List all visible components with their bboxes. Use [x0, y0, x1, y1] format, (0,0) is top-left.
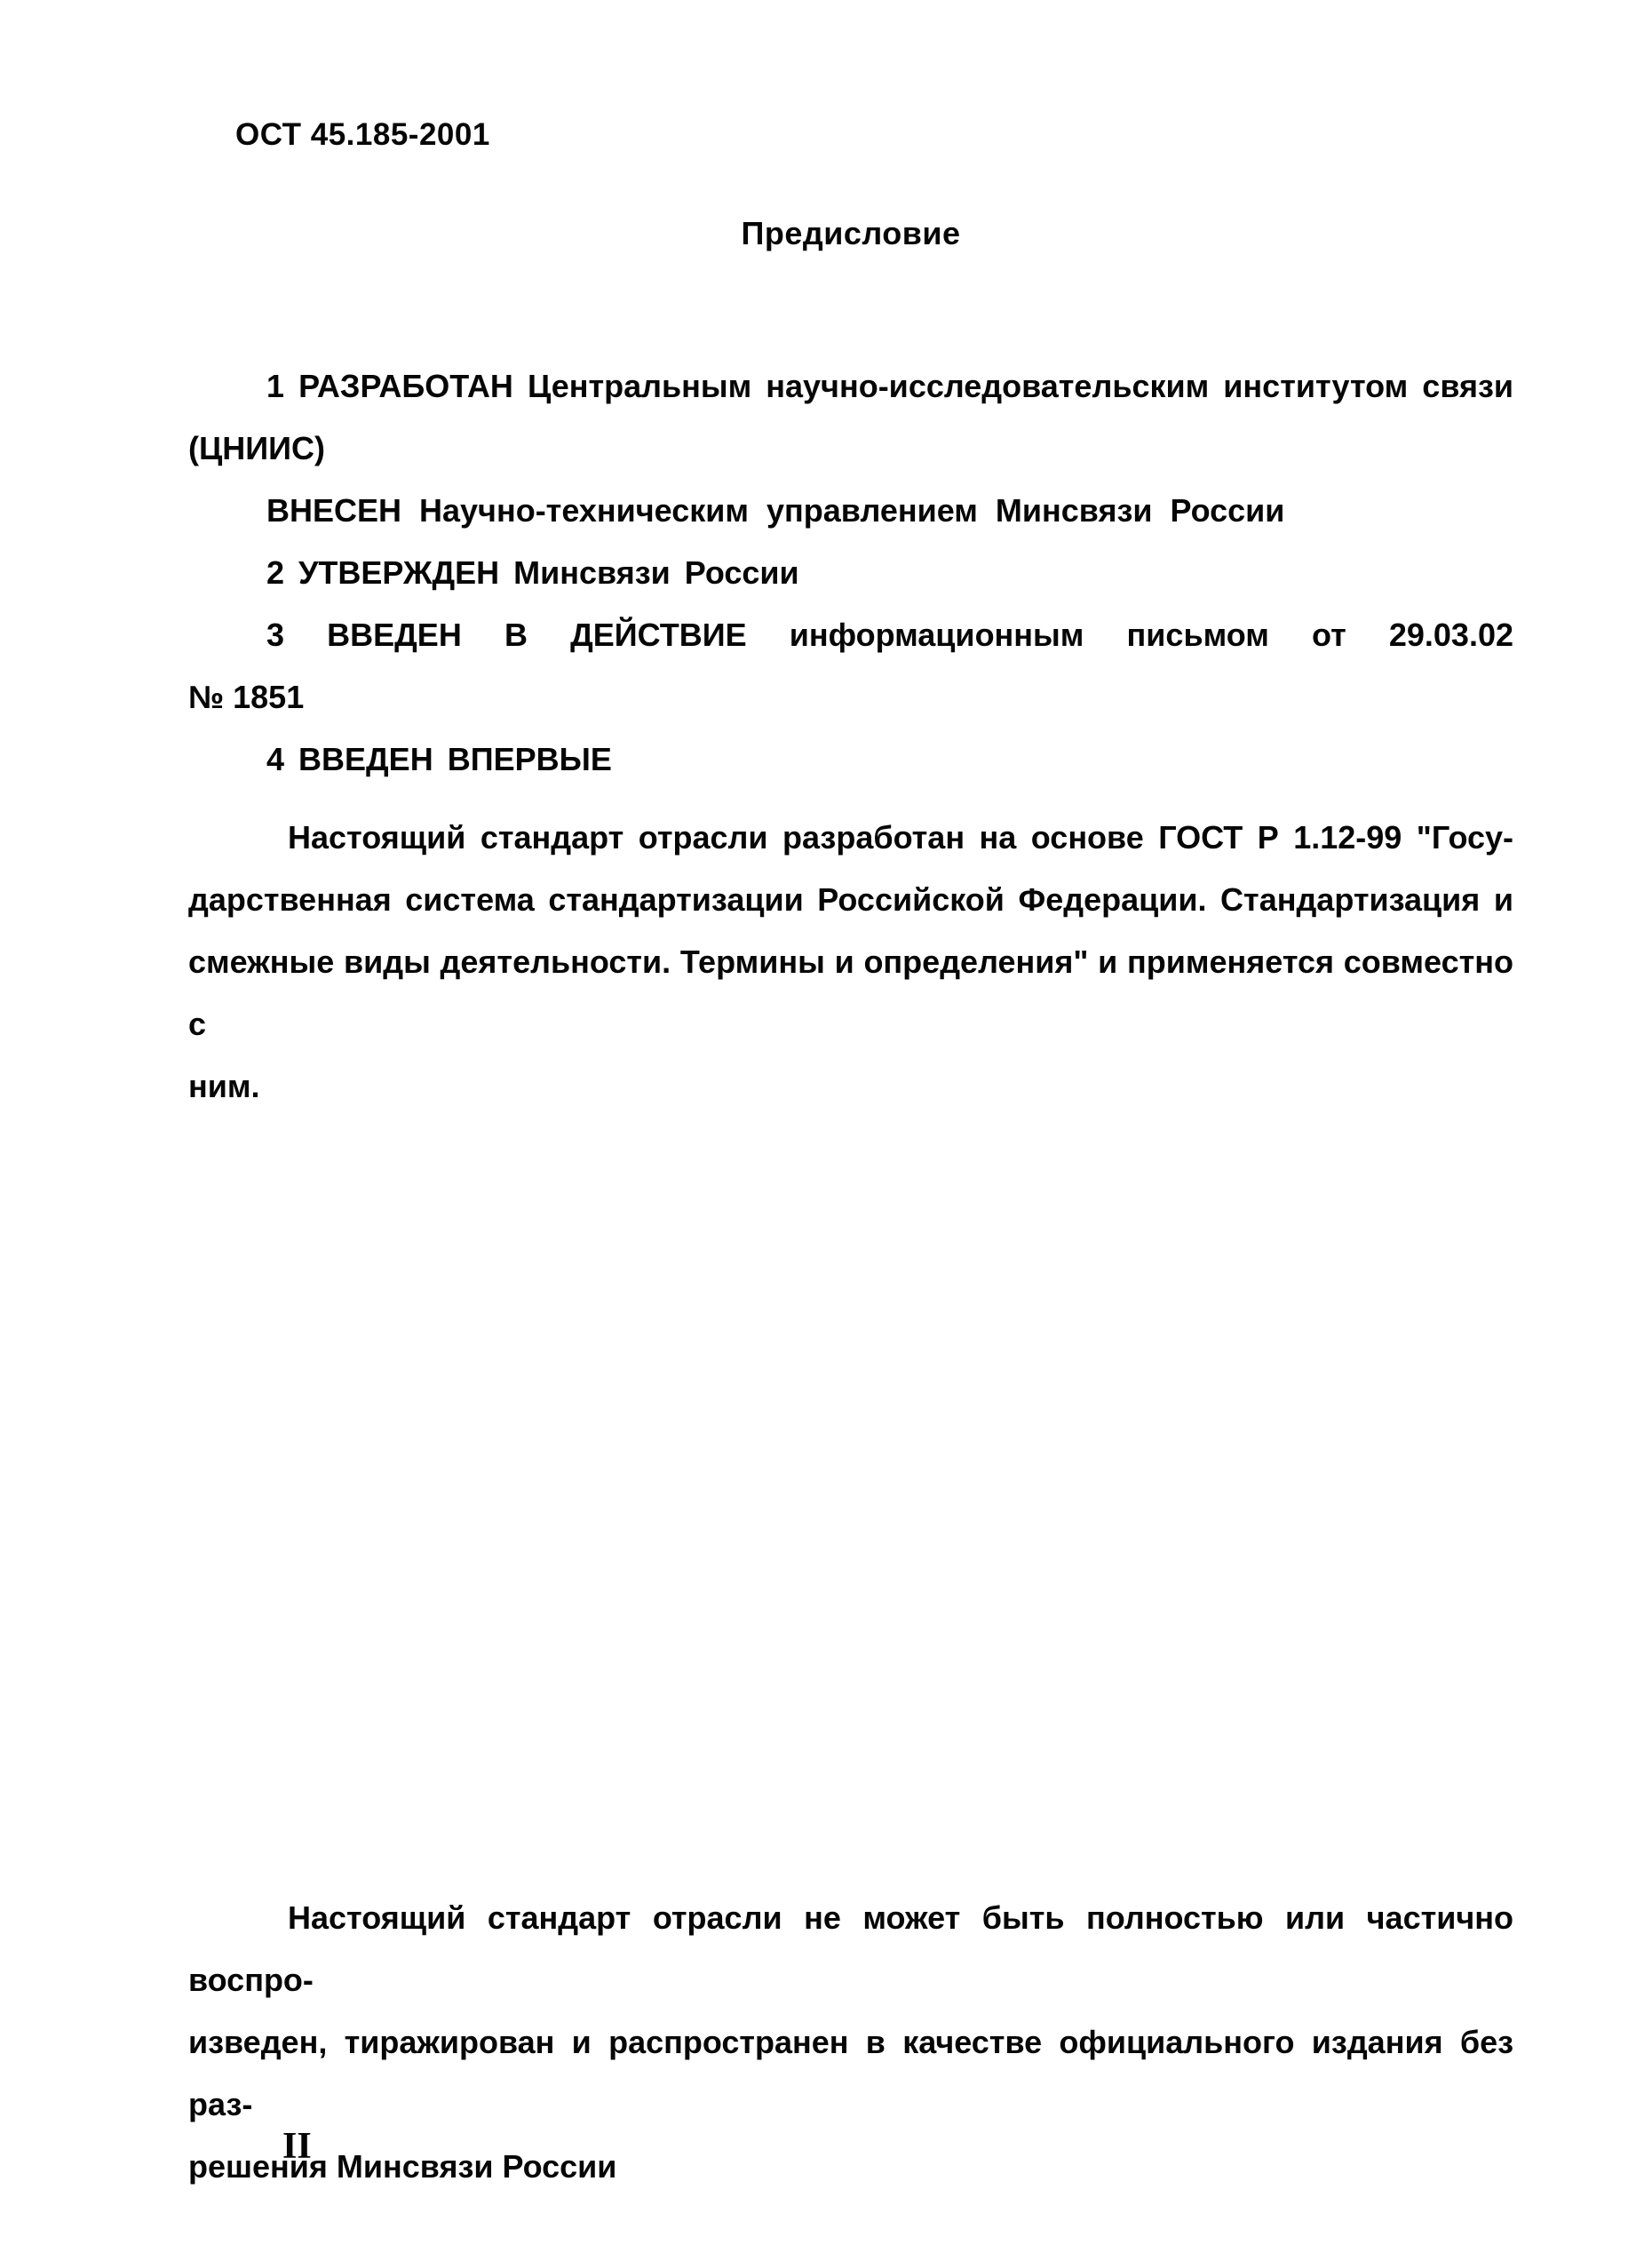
copyright-paragraph-line: решения Минсвязи России	[188, 2136, 1513, 2198]
copyright-paragraph: Настоящий стандарт отрасли не может быть…	[188, 1887, 1513, 2198]
foreword-line-submitted: ВНЕСЕН Научно-техническим управлением Ми…	[188, 480, 1513, 542]
page-number: II	[282, 2125, 312, 2168]
copyright-paragraph-line: Настоящий стандарт отрасли не может быть…	[188, 1887, 1513, 2011]
basis-paragraph: Настоящий стандарт отрасли разработан на…	[188, 807, 1513, 1118]
foreword-section: 1 РАЗРАБОТАН Центральным научно-исследов…	[188, 355, 1513, 791]
foreword-line-enacted: 3 ВВЕДЕН В ДЕЙСТВИЕ информационным письм…	[188, 604, 1513, 666]
basis-paragraph-line: дарственная система стандартизации Росси…	[188, 869, 1513, 931]
basis-paragraph-line: смежные виды деятельности. Термины и опр…	[188, 931, 1513, 1055]
copyright-paragraph-line: изведен, тиражирован и распространен в к…	[188, 2011, 1513, 2136]
foreword-line-approved: 2 УТВЕРЖДЕН Минсвязи России	[188, 542, 1513, 604]
doc-number: ОСТ 45.185-2001	[235, 117, 490, 153]
foreword-line-first-introduced: 4 ВВЕДЕН ВПЕРВЫЕ	[188, 728, 1513, 791]
basis-paragraph-line: Настоящий стандарт отрасли разработан на…	[188, 807, 1513, 869]
document-page: ОСТ 45.185-2001 Предисловие 1 РАЗРАБОТАН…	[0, 0, 1652, 2261]
foreword-line-letter-number: № 1851	[188, 666, 1513, 728]
basis-paragraph-line: ним.	[188, 1055, 1513, 1118]
foreword-heading: Предисловие	[188, 215, 1513, 252]
foreword-line-cniis: (ЦНИИС)	[188, 418, 1513, 480]
foreword-line-developed: 1 РАЗРАБОТАН Центральным научно-исследов…	[188, 355, 1513, 418]
